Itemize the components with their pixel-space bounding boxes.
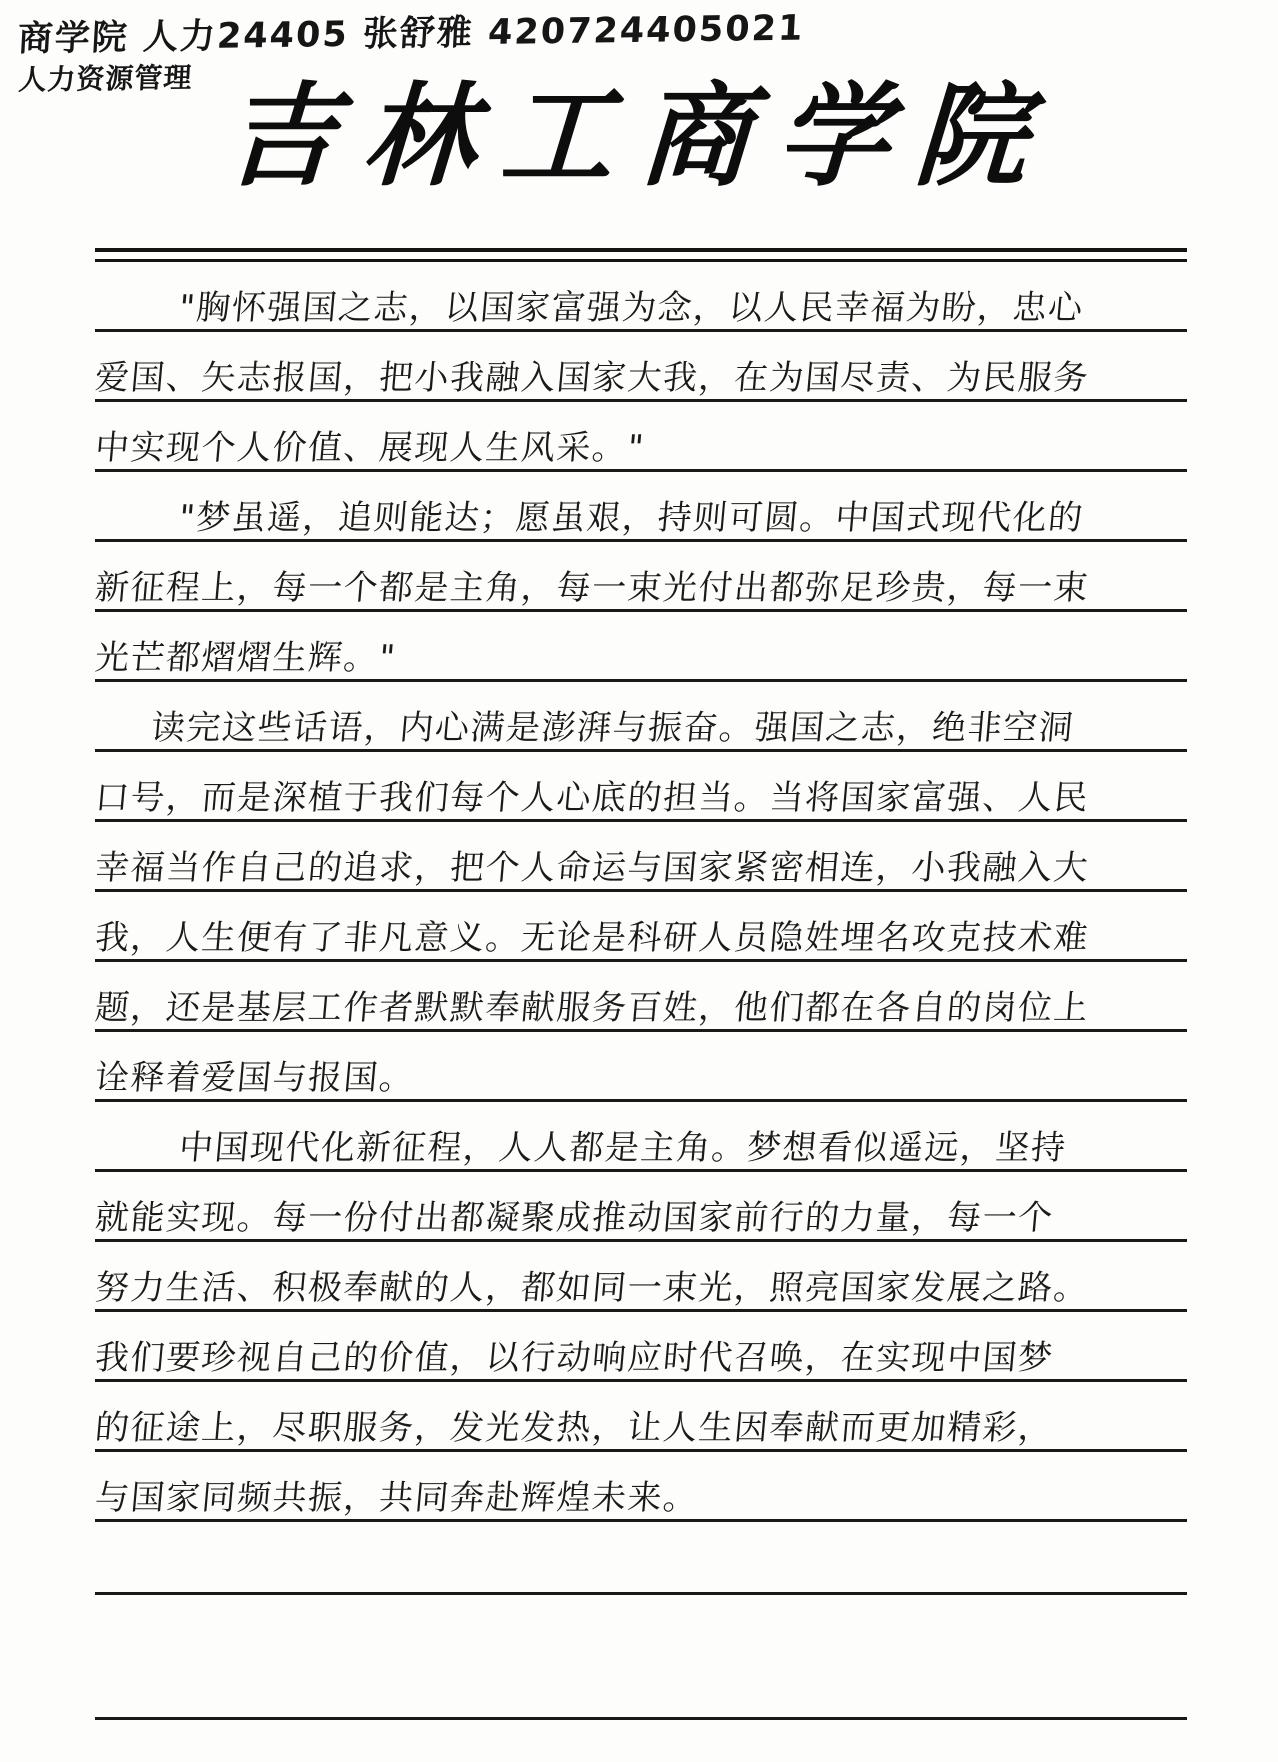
handwritten-text: "梦虽遥，追则能达；愿虽艰，持则可圆。中国式现代化的 <box>177 498 1085 539</box>
handwritten-text: 诠释着爱国与报国。 <box>93 1058 416 1099</box>
handwritten-line-1: "胸怀强国之志，以国家富强为念，以人民幸福为盼，忠心 <box>95 262 1187 332</box>
handwritten-line-17: 的征途上，尽职服务，发光发热，让人生因奉献而更加精彩， <box>95 1382 1187 1452</box>
handwritten-line-5: 新征程上，每一个都是主角，每一束光付出都弥足珍贵，每一束 <box>95 542 1187 612</box>
handwritten-essay-page: 商学院 人力24405 张舒雅 420724405021 人力资源管理 吉林工商… <box>0 0 1278 1762</box>
header-double-rule <box>95 248 1187 262</box>
handwritten-line-7: 读完这些话语，内心满是澎湃与振奋。强国之志，绝非空洞 <box>95 682 1187 752</box>
handwritten-line-14: 就能实现。每一份付出都凝聚成推动国家前行的力量，每一个 <box>95 1172 1187 1242</box>
handwritten-text: 口号，而是深植于我们每个人心底的担当。当将国家富强、人民 <box>93 778 1091 819</box>
handwritten-text: 中国现代化新征程，人人都是主角。梦想看似遥远，坚持 <box>177 1128 1068 1169</box>
handwritten-line-16: 我们要珍视自己的价值，以行动响应时代召唤，在实现中国梦 <box>95 1312 1187 1382</box>
handwritten-line-12: 诠释着爱国与报国。 <box>95 1032 1187 1102</box>
blank-rule-line <box>95 1595 1187 1720</box>
handwritten-line-10: 我，人生便有了非凡意义。无论是科研人员隐姓埋名攻克技术难 <box>95 892 1187 962</box>
handwritten-text: 光芒都熠熠生辉。" <box>93 638 398 679</box>
handwritten-text: "胸怀强国之志，以国家富强为念，以人民幸福为盼，忠心 <box>177 288 1085 329</box>
handwritten-text: 幸福当作自己的追求，把个人命运与国家紧密相连，小我融入大 <box>93 848 1091 889</box>
handwritten-text: 中实现个人价值、展现人生风采。" <box>93 428 646 469</box>
handwritten-text: 我，人生便有了非凡意义。无论是科研人员隐姓埋名攻克技术难 <box>93 918 1091 959</box>
ruled-sheet: "胸怀强国之志，以国家富强为念，以人民幸福为盼，忠心 爱国、矢志报国，把小我融入… <box>95 248 1187 1720</box>
handwritten-line-3: 中实现个人价值、展现人生风采。" <box>95 402 1187 472</box>
handwritten-text: 新征程上，每一个都是主角，每一束光付出都弥足珍贵，每一束 <box>93 568 1091 609</box>
blank-rule-line <box>95 1522 1187 1595</box>
handwritten-line-18: 与国家同频共振，共同奔赴辉煌未来。 <box>95 1452 1187 1522</box>
handwritten-line-2: 爱国、矢志报国，把小我融入国家大我，在为国尽责、为民服务 <box>95 332 1187 402</box>
handwritten-text: 就能实现。每一份付出都凝聚成推动国家前行的力量，每一个 <box>93 1198 1055 1239</box>
handwritten-line-4: "梦虽遥，追则能达；愿虽艰，持则可圆。中国式现代化的 <box>95 472 1187 542</box>
handwritten-text: 题，还是基层工作者默默奉献服务百姓，他们都在各自的岗位上 <box>93 988 1091 1029</box>
handwritten-text: 努力生活、积极奉献的人，都如同一束光，照亮国家发展之路。 <box>93 1268 1091 1309</box>
handwritten-line-13: 中国现代化新征程，人人都是主角。梦想看似遥远，坚持 <box>95 1102 1187 1172</box>
handwritten-line-15: 努力生活、积极奉献的人，都如同一束光，照亮国家发展之路。 <box>95 1242 1187 1312</box>
handwritten-line-9: 幸福当作自己的追求，把个人命运与国家紧密相连，小我融入大 <box>95 822 1187 892</box>
handwritten-line-8: 口号，而是深植于我们每个人心底的担当。当将国家富强、人民 <box>95 752 1187 822</box>
handwritten-text: 我们要珍视自己的价值，以行动响应时代召唤，在实现中国梦 <box>93 1338 1055 1379</box>
school-title-calligraphy: 吉林工商学院 <box>0 62 1278 212</box>
handwritten-line-6: 光芒都熠熠生辉。" <box>95 612 1187 682</box>
handwritten-line-11: 题，还是基层工作者默默奉献服务百姓，他们都在各自的岗位上 <box>95 962 1187 1032</box>
handwritten-text: 读完这些话语，内心满是澎湃与振奋。强国之志，绝非空洞 <box>149 708 1076 749</box>
handwritten-text: 爱国、矢志报国，把小我融入国家大我，在为国尽责、为民服务 <box>93 358 1091 399</box>
handwritten-text: 的征途上，尽职服务，发光发热，让人生因奉献而更加精彩， <box>93 1408 1055 1449</box>
handwritten-text: 与国家同频共振，共同奔赴辉煌未来。 <box>93 1478 700 1519</box>
